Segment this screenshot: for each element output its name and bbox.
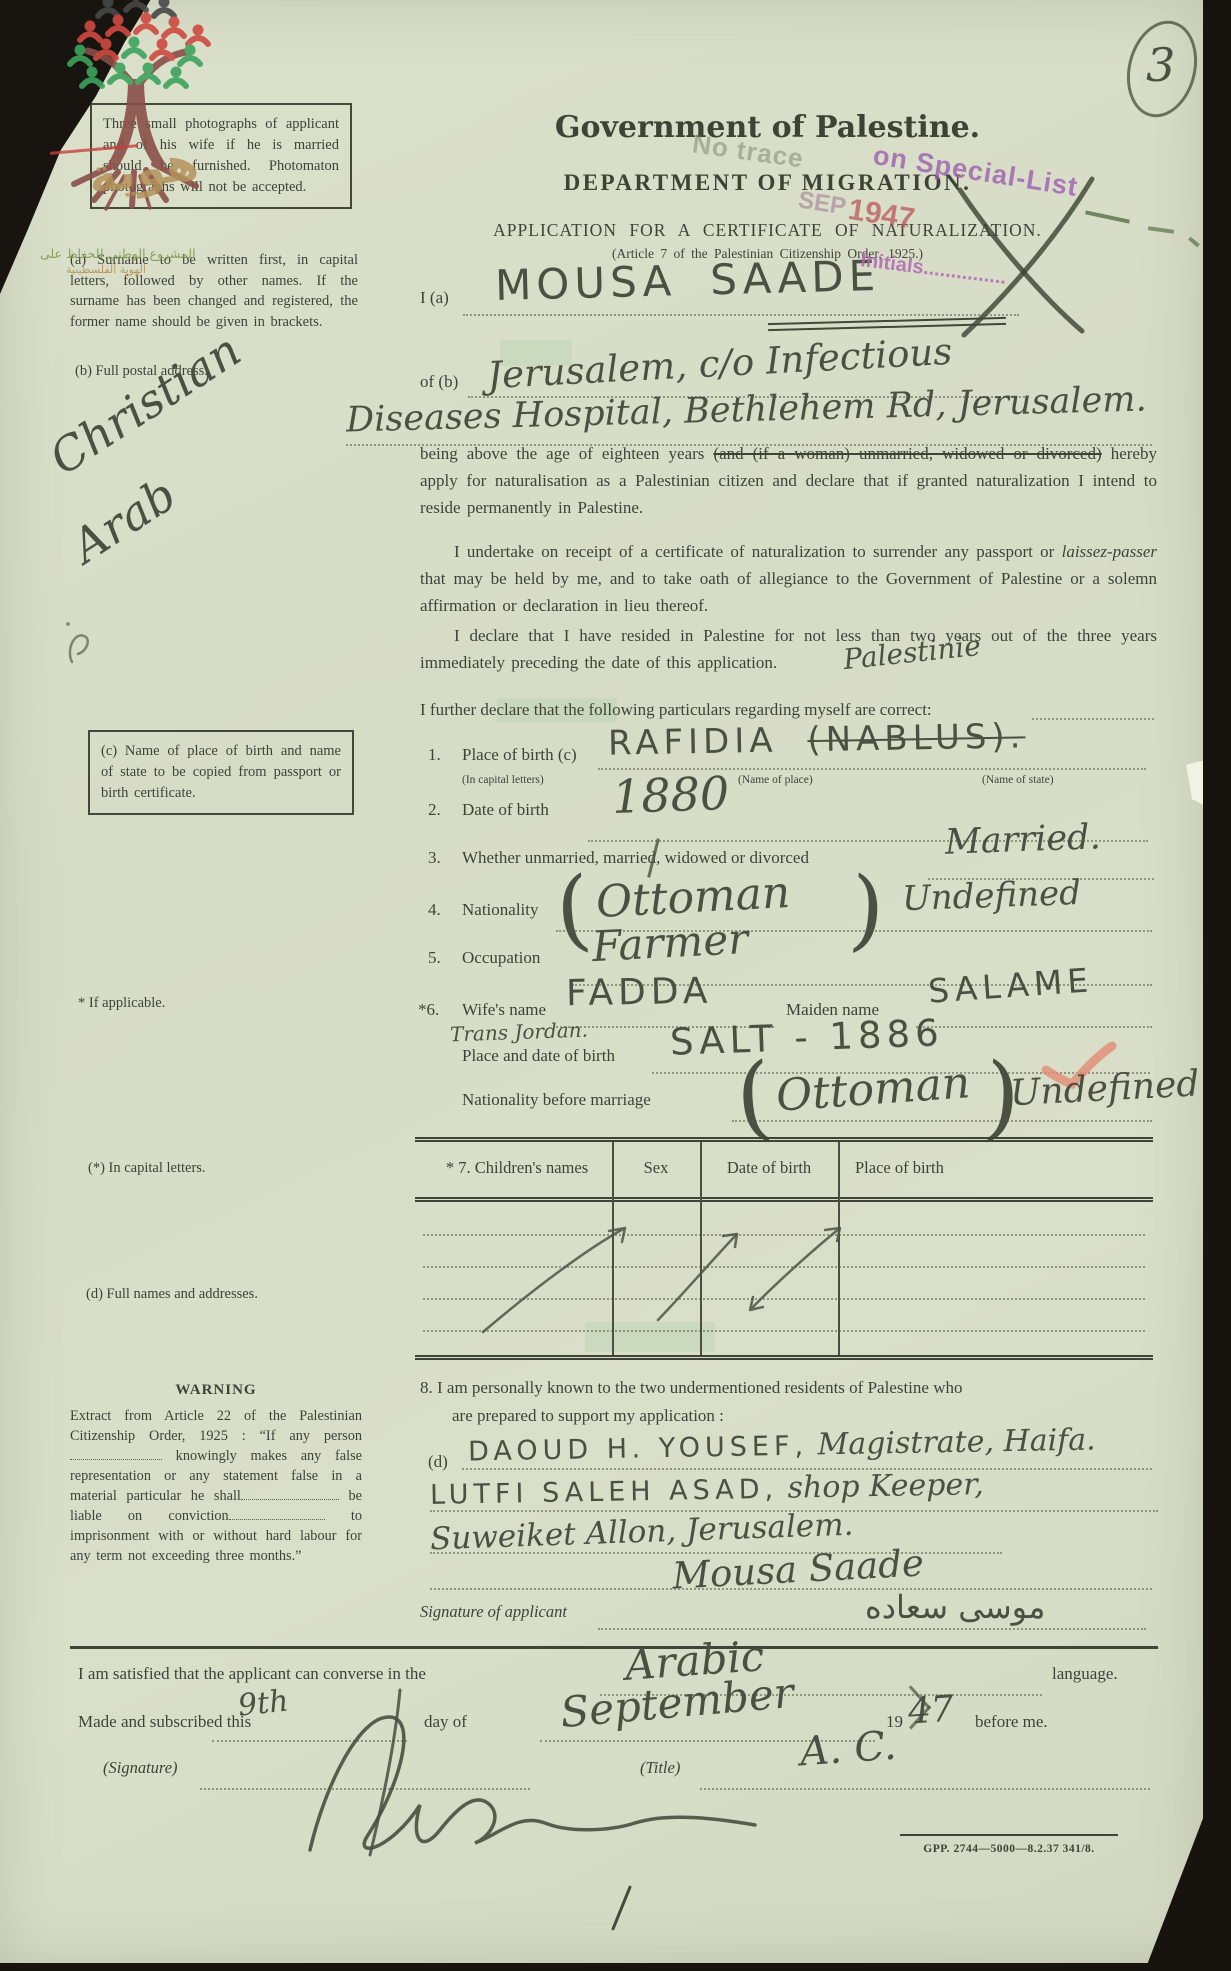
margin-note-capitals: (*) In capital letters. [88,1160,206,1177]
applicant-signature-arabic: موسى سعاده [865,1588,1045,1626]
warning-blank2 [241,1487,339,1500]
further-declare-line: I further declare that the following par… [420,700,1157,720]
wife-birth-label: Place and date of birth [462,1046,615,1066]
item2-number: 2. [428,800,441,820]
made-pre-text: Made and subscribed this [78,1712,251,1732]
birth-state-struck: (NABLUS). [807,716,1026,760]
para2-text-end: that may be held by me, and to take oath… [420,569,1157,615]
item3-label: Whether unmarried, married, widowed or d… [462,848,809,868]
item1-subnote-place: (Name of place) [738,774,813,786]
title-value: A. C. [799,1723,898,1776]
para1-struck-text2: or divorced) [1013,444,1101,463]
scanned-document-page: Government of Palestine. DEPARTMENT OF M… [0,0,1231,1971]
para1-text: being above the age of eighteen years [420,444,713,463]
d-label: (d) [428,1452,448,1472]
para2-text: I undertake on receipt of a certificate … [454,542,1062,561]
archive-logo-tree-icon [46,0,236,234]
paragraph-eligibility: being above the age of eighteen years (a… [420,440,1157,522]
paren-close-mark: ) [846,857,887,962]
scan-edge-right [1203,0,1231,1971]
witness2-name: LUTFI SALEH ASAD, [430,1474,779,1511]
warning-title: WARNING [70,1382,362,1399]
marital-status-value: Married. [944,817,1101,862]
title-fill-line [700,1788,1150,1790]
item1-number: 1. [428,745,441,765]
table-header-children: * 7. Children's names [427,1158,607,1178]
watermark-project-line2: الهوية الفلسطينية [66,263,146,276]
birth-place-value: RAFIDIA [608,721,778,764]
wife-name-value: FADDA [566,971,713,1015]
item1-value: RAFIDIA (NABLUS). [608,716,1026,763]
margin-note-c-box: (c) Name of place of birth and name of s… [88,730,354,815]
made-post-text: before me. [975,1712,1048,1732]
item5-label: Occupation [462,948,540,968]
table-header-sex: Sex [612,1158,700,1178]
birth-date-value: 1880 [611,766,730,824]
of-label: of (b) [420,372,458,392]
section-divider-rule [70,1646,1158,1649]
name-fill-line [463,314,1019,316]
i-label: I (a) [420,288,449,308]
officer-signature-scrawl [250,1655,790,1870]
table-header-dob: Date of birth [700,1158,838,1178]
margin-note-d: (d) Full names and addresses. [86,1286,258,1303]
further-fill-line [1032,718,1154,720]
table-header-pob: Place of birth [855,1158,944,1178]
item4-number: 4. [428,900,441,920]
margin-note-if-applicable: * If applicable. [78,995,165,1012]
origin-annotation: Trans Jordan. [450,1018,589,1047]
paragraph-undertaking: I undertake on receipt of a certificate … [420,538,1157,620]
warning-blank3 [229,1507,325,1520]
form-reference-footer: GPP. 2744—5000—8.2.37 341/8. [900,1834,1118,1857]
wife-nationality-label: Nationality before marriage [462,1090,651,1110]
form-reference-text: GPP. 2744—5000—8.2.37 341/8. [923,1843,1094,1855]
item4-label: Nationality [462,900,538,920]
signature-of-applicant-label: Signature of applicant [420,1602,567,1622]
year-value: 47 [907,1688,956,1732]
item6-fill-line4 [732,1120,1152,1122]
witness1-title: Magistrate, Haifa. [808,1423,1096,1463]
pencil-squiggle-mark [62,618,98,668]
item2-label: Date of birth [462,800,549,820]
item1-subnote-state: (Name of state) [982,774,1054,786]
para1-struck-text: (and (if a woman) unmarried, widowed [713,444,1013,463]
warning-part1: Extract from Article 22 of the Palestini… [70,1408,362,1444]
signature-label-fill-line [598,1628,1146,1630]
witness-intro-line1: 8. I am personally known to the two unde… [420,1378,962,1398]
witness-intro-line2: are prepared to support my application : [452,1406,724,1426]
occupation-value: Farmer [591,914,750,971]
witness1-name: DAOUD H. YOUSEF, [468,1431,809,1468]
converse-post-text: language. [1052,1664,1118,1684]
paragraph-residence: I declare that I have resided in Palesti… [420,622,1157,676]
warning-body: Extract from Article 22 of the Palestini… [70,1406,362,1566]
item6-label: Wife's name [462,1000,546,1020]
applicant-name: MOUSASAADE [494,251,880,310]
item6-fill-line2 [916,1026,1152,1028]
scan-edge-bottom [0,1963,1231,1971]
item3-number: 3. [428,848,441,868]
applicant-surname: SAADE [710,251,881,304]
signature-label: (Signature) [103,1758,178,1778]
item1-label: Place of birth (c) [462,745,577,765]
table-slash-marks [415,1202,1153,1352]
warning-blank1 [70,1447,162,1460]
item5-number: 5. [428,948,441,968]
applicant-first-name: MOUSA [494,256,676,310]
laissez-passer-italic: laissez-passer [1062,542,1157,561]
item6-number: *6. [418,1000,439,1020]
page-number: 3 [1146,38,1175,92]
item1-subnote: (In capital letters) [462,774,544,786]
nationality-note: Undefined [901,873,1081,919]
title-label: (Title) [640,1758,680,1778]
watermark-project-line1: المشروع الوطني للحفاظ على [40,246,196,261]
witness2-title: shop Keeper, [778,1467,984,1506]
